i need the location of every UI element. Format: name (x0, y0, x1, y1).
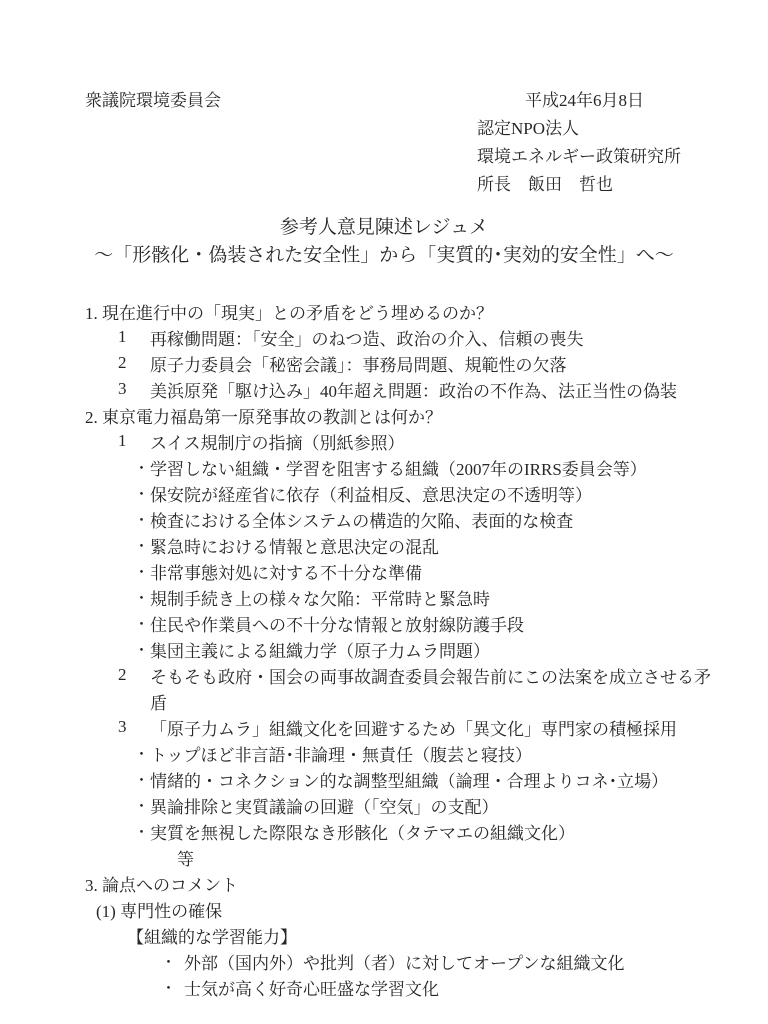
doc-line-text: 異論排除と実質議論の回避（「空気」の支配） (150, 793, 499, 818)
doc-line-text: スイス規制庁の指摘（別紙参照） (150, 429, 405, 454)
doc-line-cont: 盾 (0, 688, 768, 714)
doc-line-bullet: ・集団主義による組織力学（原子力ムラ問題） (0, 636, 768, 662)
doc-line-text: 情緒的・コネクション的な調整型組織（論理・合理よりコネ･立場） (150, 767, 668, 792)
doc-line-text: 非常事態対処に対する不十分な準備 (150, 559, 422, 584)
bullet-icon: ・ (134, 535, 150, 556)
doc-line-text: 規制手続き上の様々な欠陥：平常時と緊急時 (150, 585, 490, 610)
list-number-marker: 1 (118, 431, 150, 451)
doc-line-text: 再稼働問題：「安全」のねつ造、政治の介入、信頼の喪失 (150, 325, 584, 350)
bullet-icon: ・ (134, 743, 150, 764)
document-title-block: 参考人意見陳述レジュメ ～「形骸化・偽装された安全性」から「実質的･実効的安全性… (0, 214, 768, 270)
doc-line-num: 2原子力委員会「秘密会議」：事務局問題、規範性の欠落 (0, 350, 768, 376)
list-number-marker: 2 (118, 353, 150, 373)
doc-line-text: 住民や作業員への不十分な情報と放射線防護手段 (150, 611, 524, 636)
doc-line-num: 1スイス規制庁の指摘（別紙参照） (0, 428, 768, 454)
committee-name: 衆議院環境委員会 (85, 87, 221, 115)
doc-line-bullet3: ・外部（国内外）や批判（者）に対してオープンな組織文化 (0, 948, 768, 974)
doc-line-bullet: ・トップほど非言語･非論理・無責任（腹芸と寝技） (0, 740, 768, 766)
doc-line-bullet: ・情緒的・コネクション的な調整型組織（論理・合理よりコネ･立場） (0, 766, 768, 792)
doc-line-text: 美浜原発「駆け込み」40年超え問題：政治の不作為、法正当性の偽装 (150, 377, 677, 402)
bullet-icon: ・ (161, 951, 184, 972)
bullet-icon: ・ (134, 561, 150, 582)
doc-line-text: 【組織的な学習能力】 (127, 923, 297, 948)
doc-line-text: 保安院が経産省に依存（利益相反、意思決定の不透明等） (150, 481, 592, 506)
list-number-marker: 3 (118, 379, 150, 399)
bullet-icon: ・ (134, 587, 150, 608)
doc-line-num: 3美浜原発「駆け込み」40年超え問題：政治の不作為、法正当性の偽装 (0, 376, 768, 402)
org-name: 環境エネルギー政策研究所 (477, 143, 681, 171)
doc-line-text: 緊急時における情報と意思決定の混乱 (150, 533, 439, 558)
doc-line-bullet: ・規制手続き上の様々な欠陥：平常時と緊急時 (0, 584, 768, 610)
author-name: 所長 飯田 哲也 (477, 171, 681, 199)
org-certification: 認定NPO法人 (477, 115, 681, 143)
doc-line-sub: (1) 専門性の確保 (0, 896, 768, 922)
doc-line-text: トップほど非言語･非論理・無責任（腹芸と寝技） (150, 741, 532, 766)
doc-line-text: 原子力委員会「秘密会議」：事務局問題、規範性の欠落 (150, 351, 567, 376)
document-title: 参考人意見陳述レジュメ (0, 214, 768, 242)
list-number-marker: 1 (118, 327, 150, 347)
doc-line-h1: 1. 現在進行中の「現実」との矛盾をどう埋めるのか？ (0, 298, 768, 324)
bullet-icon: ・ (134, 795, 150, 816)
bullet-icon: ・ (134, 457, 150, 478)
bullet-icon: ・ (134, 483, 150, 504)
header-right-block: 平成24年6月8日 認定NPO法人 環境エネルギー政策研究所 所長 飯田 哲也 (477, 87, 681, 199)
bullet-icon: ・ (134, 769, 150, 790)
doc-line-text: 等 (177, 845, 194, 870)
doc-line-text: 士気が高く好奇心旺盛な学習文化 (184, 975, 439, 1000)
doc-line-text: 実質を無視した際限なき形骸化（タテマエの組織文化） (150, 819, 575, 844)
doc-line-text: (1) 専門性の確保 (96, 897, 222, 922)
document-body: 1. 現在進行中の「現実」との矛盾をどう埋めるのか？1再稼働問題：「安全」のねつ… (0, 298, 768, 1000)
doc-line-num: 1再稼働問題：「安全」のねつ造、政治の介入、信頼の喪失 (0, 324, 768, 350)
document-subtitle: ～「形骸化・偽装された安全性」から「実質的･実効的安全性」へ～ (0, 242, 768, 270)
doc-line-text: 検査における全体システムの構造的欠陥、表面的な検査 (150, 507, 573, 532)
doc-line-h1: 3. 論点へのコメント (0, 870, 768, 896)
doc-line-text: 2. 東京電力福島第一原発事故の教訓とは何か？ (85, 403, 442, 428)
list-number-marker: 2 (118, 665, 150, 685)
bullet-icon: ・ (134, 509, 150, 530)
document-date: 平成24年6月8日 (477, 87, 681, 115)
doc-line-text: そもそも政府・国会の両事故調査委員会報告前にこの法案を成立させる矛 (150, 663, 711, 688)
doc-line-text: 学習しない組織・学習を阻害する組織（2007年のIRRS委員会等） (150, 455, 647, 480)
doc-line-bullet: ・学習しない組織・学習を阻害する組織（2007年のIRRS委員会等） (0, 454, 768, 480)
doc-line-h1: 2. 東京電力福島第一原発事故の教訓とは何か？ (0, 402, 768, 428)
doc-line-num: 2そもそも政府・国会の両事故調査委員会報告前にこの法案を成立させる矛 (0, 662, 768, 688)
doc-line-bullet: ・保安院が経産省に依存（利益相反、意思決定の不透明等） (0, 480, 768, 506)
doc-line-bullet: ・緊急時における情報と意思決定の混乱 (0, 532, 768, 558)
doc-line-text: 外部（国内外）や批判（者）に対してオープンな組織文化 (184, 949, 624, 974)
doc-line-text: 集団主義による組織力学（原子力ムラ問題） (150, 637, 490, 662)
bullet-icon: ・ (161, 977, 184, 998)
bullet-icon: ・ (134, 821, 150, 842)
doc-line-bullet: ・検査における全体システムの構造的欠陥、表面的な検査 (0, 506, 768, 532)
document-page: 衆議院環境委員会 平成24年6月8日 認定NPO法人 環境エネルギー政策研究所 … (0, 0, 768, 1024)
doc-line-bullet: ・実質を無視した際限なき形骸化（タテマエの組織文化） (0, 818, 768, 844)
doc-line-text: 盾 (150, 689, 167, 714)
bullet-icon: ・ (134, 613, 150, 634)
doc-line-bullet: ・住民や作業員への不十分な情報と放射線防護手段 (0, 610, 768, 636)
doc-line-bullet: ・非常事態対処に対する不十分な準備 (0, 558, 768, 584)
doc-line-text: 1. 現在進行中の「現実」との矛盾をどう埋めるのか？ (85, 299, 493, 324)
doc-line-etc: 等 (0, 844, 768, 870)
doc-line-bullet3: ・士気が高く好奇心旺盛な学習文化 (0, 974, 768, 1000)
doc-line-bracket: 【組織的な学習能力】 (0, 922, 768, 948)
list-number-marker: 3 (118, 717, 150, 737)
doc-line-text: 3. 論点へのコメント (85, 871, 238, 896)
doc-line-bullet: ・異論排除と実質議論の回避（「空気」の支配） (0, 792, 768, 818)
doc-line-text: 「原子力ムラ」組織文化を回避するため「異文化」専門家の積極採用 (150, 715, 677, 740)
doc-line-num: 3「原子力ムラ」組織文化を回避するため「異文化」専門家の積極採用 (0, 714, 768, 740)
bullet-icon: ・ (134, 639, 150, 660)
